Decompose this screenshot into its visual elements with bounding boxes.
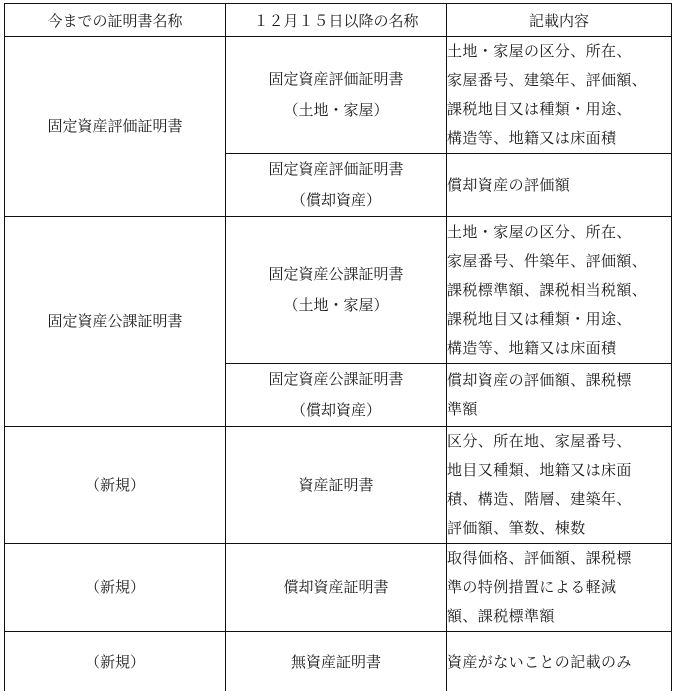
new-name-line: 固定資産評価証明書 (226, 154, 446, 185)
new-name-cell: 固定資産公課証明書 （土地・家屋） (226, 217, 447, 364)
header-new-name: １２月１５日以降の名称 (226, 4, 447, 37)
detail-line: 額、課税標準額 (447, 602, 671, 631)
old-name-cell: 固定資産評価証明書 (5, 37, 226, 217)
detail-line: 課税地目又は種類・用途、 (447, 305, 671, 334)
detail-cell: 土地・家屋の区分、所在、 家屋番号、建築年、評価額、 課税地目又は種類・用途、 … (447, 37, 672, 154)
header-old-name: 今までの証明書名称 (5, 4, 226, 37)
detail-cell: 償却資産の評価額、課税標 準額 (447, 364, 672, 427)
detail-line: 土地・家屋の区分、所在、 (447, 37, 671, 66)
detail-line: 課税地目又は種類・用途、 (447, 95, 671, 124)
certificate-comparison-table: 今までの証明書名称 １２月１５日以降の名称 記載内容 固定資産評価証明書 固定資… (4, 3, 672, 691)
old-name-cell: （新規） (5, 544, 226, 632)
new-name-cell: 固定資産評価証明書 （土地・家屋） (226, 37, 447, 154)
detail-line: 評価額、筆数、棟数 (447, 514, 671, 543)
table-row: （新規） 資産証明書 区分、所在地、家屋番号、 地目又種類、地籍又は床面 積、構… (5, 427, 672, 544)
table-row: （新規） 償却資産証明書 取得価格、評価額、課税標 準の特例措置による軽減 額、… (5, 544, 672, 632)
detail-line: 課税標準額、課税相当税額、 (447, 276, 671, 305)
detail-line: 区分、所在地、家屋番号、 (447, 427, 671, 456)
detail-line: 取得価格、評価額、課税標 (447, 544, 671, 573)
detail-cell: 土地・家屋の区分、所在、 家屋番号、件築年、評価額、 課税標準額、課税相当税額、… (447, 217, 672, 364)
detail-cell: 償却資産の評価額 (447, 154, 672, 217)
new-name-cell: 固定資産公課証明書 （償却資産） (226, 364, 447, 427)
new-name-cell: 資産証明書 (226, 427, 447, 544)
detail-line: 構造等、地籍又は床面積 (447, 124, 671, 153)
new-name-line: 償却資産証明書 (226, 572, 446, 603)
detail-cell: 取得価格、評価額、課税標 準の特例措置による軽減 額、課税標準額 (447, 544, 672, 632)
new-name-line: 固定資産公課証明書 (226, 364, 446, 395)
table-row: （新規） 無資産証明書 資産がないことの記載のみ (5, 632, 672, 691)
detail-line: 償却資産の評価額 (447, 171, 671, 200)
old-name-cell: （新規） (5, 632, 226, 691)
detail-line: 構造等、地籍又は床面積 (447, 334, 671, 363)
new-name-line: 資産証明書 (226, 470, 446, 501)
detail-cell: 資産がないことの記載のみ (447, 632, 672, 691)
header-details: 記載内容 (447, 4, 672, 37)
new-name-line: 固定資産評価証明書 (226, 64, 446, 95)
old-name-cell: 固定資産公課証明書 (5, 217, 226, 427)
detail-line: 家屋番号、建築年、評価額、 (447, 66, 671, 95)
new-name-line: （土地・家屋） (226, 95, 446, 126)
detail-line: 準の特例措置による軽減 (447, 573, 671, 602)
new-name-line: 固定資産公課証明書 (226, 259, 446, 290)
new-name-cell: 償却資産証明書 (226, 544, 447, 632)
new-name-line: （土地・家屋） (226, 290, 446, 321)
header-row: 今までの証明書名称 １２月１５日以降の名称 記載内容 (5, 4, 672, 37)
new-name-cell: 無資産証明書 (226, 632, 447, 691)
detail-line: 準額 (447, 395, 671, 424)
detail-line: 資産がないことの記載のみ (447, 648, 671, 677)
detail-line: 土地・家屋の区分、所在、 (447, 218, 671, 247)
detail-cell: 区分、所在地、家屋番号、 地目又種類、地籍又は床面 積、構造、階層、建築年、 評… (447, 427, 672, 544)
detail-line: 積、構造、階層、建築年、 (447, 485, 671, 514)
new-name-cell: 固定資産評価証明書 （償却資産） (226, 154, 447, 217)
detail-line: 地目又種類、地籍又は床面 (447, 456, 671, 485)
table-row: 固定資産評価証明書 固定資産評価証明書 （土地・家屋） 土地・家屋の区分、所在、… (5, 37, 672, 154)
detail-line: 家屋番号、件築年、評価額、 (447, 247, 671, 276)
table-row: 固定資産公課証明書 固定資産公課証明書 （土地・家屋） 土地・家屋の区分、所在、… (5, 217, 672, 364)
old-name-cell: （新規） (5, 427, 226, 544)
new-name-line: （償却資産） (226, 185, 446, 216)
new-name-line: 無資産証明書 (226, 647, 446, 678)
detail-line: 償却資産の評価額、課税標 (447, 366, 671, 395)
new-name-line: （償却資産） (226, 395, 446, 426)
